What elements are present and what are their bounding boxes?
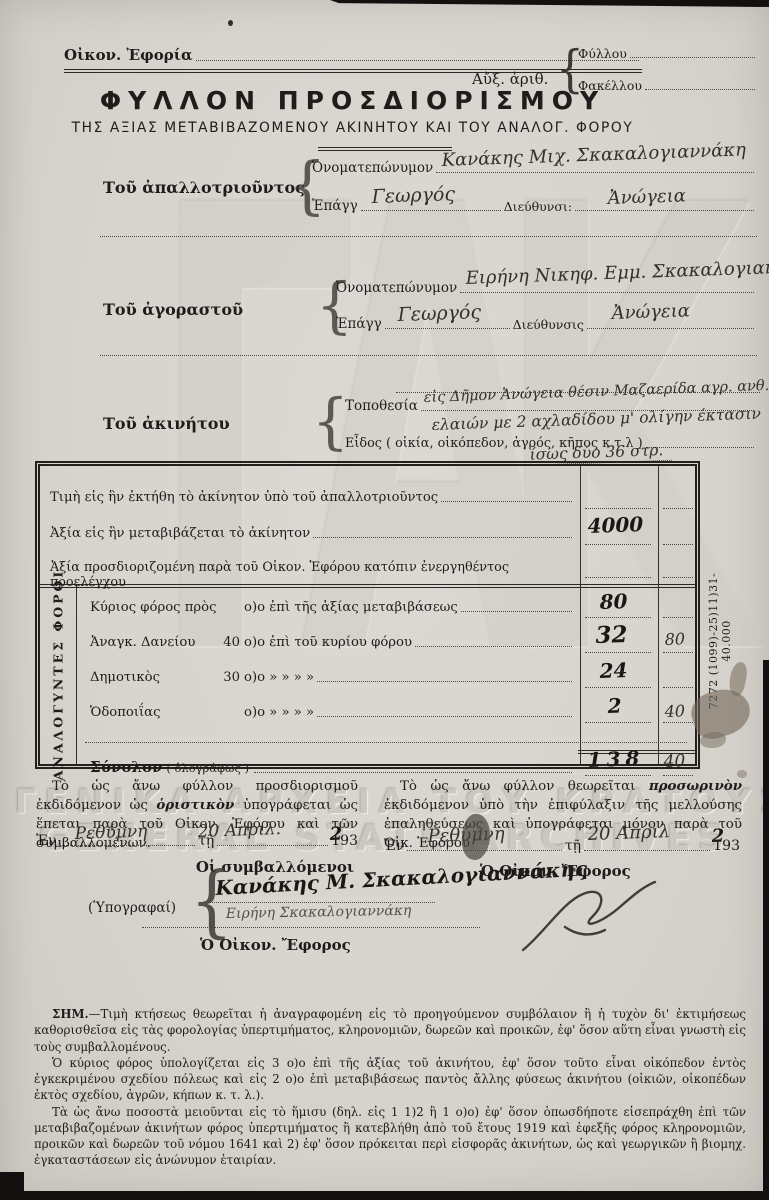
tax-row-3-cents-line [663,687,693,688]
sheet-fill-line [630,56,755,58]
valuation-row-1-label: Τιμὴ εἰς ἣν ἐκτήθη τὸ ἀκίνητον ὑπὸ τοῦ ἀ… [50,490,438,505]
buyer-occupation-fill [385,327,510,329]
tax-row-4-suffix: ο)ο » » » » [244,705,314,720]
form-subtitle: ΤΗΣ ΑΞΙΑΣ ΜΕΤΑΒΙΒΑΖΟΜΕΝΟΥ ΑΚΙΝΗΤΟΥ ΚΑΙ Τ… [50,120,655,136]
scanned-form-page: ΓΑΚ ΓΕΝΙΚΑ ΑΡΧΕΙΑ ΤΟΥ ΚΡΑΤΟΥΣ GENERAL ST… [0,0,769,1200]
tax-row-2-value-line [585,652,651,653]
buyer-occupation-handwriting: Γεωργός [397,301,481,326]
form-title: ΦΥΛΛΟΝ ΠΡΟΣΔΙΟΡΙΣΜΟΥ [50,86,655,115]
right-date-handwriting: 20 Απριλ [587,821,670,845]
property-brace: { [312,391,349,452]
footnote-1: ΣΗΜ.—Τιμὴ κτήσεως θεωρεῖται ἡ ἀναγραφομέ… [34,1006,746,1055]
total-value-line [585,775,651,776]
right-year-digit-handwriting: 2 [711,826,724,847]
total-label-paren: ( ὁλογράφως ) [162,761,251,776]
left-year-digit-handwriting: 2 [329,824,342,845]
tax-row-3-fill [317,680,572,682]
left-place-fill [59,844,195,846]
tax-row-3-suffix: ο)ο » » » » [244,670,314,685]
total-cents: 40 [663,751,685,772]
total-value: 138 [587,746,645,772]
print-code: 7272 (1099)-25)11)31-40.000 [707,561,733,721]
buyer-section-label: Τοῦ ἀγοραστοῦ [103,300,243,319]
seller-address-handwriting: Ἀνώγεια [607,185,686,209]
tax-row-4-label: Ὁδοποιΐας [90,705,218,720]
total-label: Σύνολον [90,758,162,776]
seller-name-label: Ὀνοματεπώνυμον [312,160,433,176]
tax-row-1-cents-line [663,617,693,618]
party-signature-2: Ειρήνη Σκακαλογιαννάκη [226,903,412,922]
valuation-table: Τιμὴ εἰς ἣν ἐκτήθη τὸ ἀκίνητον ὑπὸ τοῦ ἀ… [35,461,700,769]
seller-name-fill [436,171,754,173]
buyer-address-handwriting: Ἀνώγεια [611,300,690,324]
tax-row-4-fill [317,715,572,717]
title-rule [318,147,452,151]
closing-right-pre: Τὸ ὡς ἄνω φύλλον θεωρεῖται [400,779,649,794]
valuation-row-2: Ἀξία εἰς ἣν μεταβιβάζεται τὸ ἀκίνητον [50,526,575,541]
footnote-2-text: Ὁ κύριος φόρος ὑπολογίζεται εἰς 3 ο)ο ἐπ… [34,1056,746,1103]
ephor-label-left: Ὁ Οἰκον. Ἔφορος [200,936,351,954]
seller-occupation-label: Ἐπάγγ [312,198,358,214]
tax-row-4-cents: 40 [664,701,685,721]
tax-row-2-rate: 40 [218,635,244,650]
buyer-address-label: Διεύθυνσις [513,317,584,332]
valuation-row-2-cents-line [663,544,693,545]
taxes-side-label: ΑΝΑΛΟΓΥΝΤΕΣ ΦΟΡΟΙ [51,568,66,780]
ephor-signature [505,872,675,967]
tax-row-4-value-line [585,722,651,723]
side-label-column-line [76,584,77,764]
tax-row-1-label: Κύριος φόρος πρὸς [90,600,218,615]
left-date-handwriting: 20 Απριλ. [197,819,281,842]
tax-row-4-cents-line [663,722,693,723]
amount-column-line [580,466,581,764]
left-en-label: Ἐν [36,833,56,849]
folder-fill-line [645,88,755,90]
valuation-row-1-fill [441,500,572,502]
buyer-occupation-label: Ἐπάγγ [336,316,382,332]
buyer-name-label: Ὀνοματεπώνυμον [336,280,457,296]
valuation-row-1-cents-line [663,508,693,509]
valuation-row-1-value-line [585,508,651,509]
total-fill [254,771,572,773]
tax-row-4: Ὁδοποιΐας ο)ο » » » » [90,705,575,720]
valuation-row-2-value-line [585,544,651,545]
property-section-label: Τοῦ ἀκινήτου [103,414,230,433]
section-separator-2 [100,355,757,356]
seller-section-label: Τοῦ ἀπαλλοτριοῦντος [103,178,305,197]
tax-row-2-cents-line [663,652,693,653]
buyer-address-fill [587,327,754,329]
total-row: Σύνολον ( ὁλογράφως ) [90,758,575,776]
left-date-fill [217,844,328,846]
buyer-name-fill [460,291,754,293]
closing-right-bold: προσωρινὸν [649,778,742,794]
tax-row-1-value: 80 [599,589,628,614]
sheet-label: Φύλλου [578,46,627,61]
seller-occupation-handwriting: Γεωργός [371,183,455,208]
tax-row-1-suffix: ο)ο ἐπὶ τῆς ἀξίας μεταβιβάσεως [244,600,458,615]
seller-address-fill [575,209,754,211]
closing-left-bold: ὁριστικὸν [156,797,243,813]
property-location-label: Τοποθεσία [345,398,418,414]
valuation-row-2-fill [313,536,572,538]
footnote-2: Ὁ κύριος φόρος ὑπολογίζεται εἰς 3 ο)ο ἐπ… [34,1055,746,1104]
signature-line-2 [142,927,480,928]
office-label: Οἰκον. Ἐφορία [64,46,193,64]
right-place-fill [407,849,561,851]
tax-row-4-value: 2 [607,694,622,718]
tax-row-2-label: Ἀναγκ. Δανείου [90,635,218,650]
valuation-row-3-value-line [585,577,651,578]
right-place-handwriting: Ρεθύμνη [427,823,505,847]
footnotes: ΣΗΜ.—Τιμὴ κτήσεως θεωρεῖται ἡ ἀναγραφομέ… [34,1006,746,1169]
right-date-fill [584,849,710,851]
valuation-row-3-cents-line [663,577,693,578]
tax-row-2-cents: 80 [664,629,685,649]
tax-row-1: Κύριος φόρος πρὸς ο)ο ἐπὶ τῆς ἀξίας μετα… [90,600,575,615]
tax-row-3-value-line [585,687,651,688]
footnote-3-text: Τὰ ὡς ἄνω ποσοστὰ μειοῦνται εἰς τὸ ἥμισυ… [34,1105,746,1168]
footnote-3: Τὰ ὡς ἄνω ποσοστὰ μειοῦνται εἰς τὸ ἥμισυ… [34,1104,746,1169]
empty-dotted-row [85,742,687,743]
tax-row-1-value-line [585,617,651,618]
aux-sheet-line: Φύλλου [578,46,758,61]
valuation-row-3: Ἀξία προσδιοριζομένη παρὰ τοῦ Οἰκον. Ἐφό… [50,560,575,590]
content-layer: Οἰκον. Ἐφορία Αὔξ. ἀριθ. { Φύλλου Φακέλλ… [0,0,769,1200]
footnote-1-text: —Τιμὴ κτήσεως θεωρεῖται ἡ ἀναγραφομένη ε… [34,1007,746,1054]
seller-occupation-fill [361,209,501,211]
section-separator-1 [100,236,757,237]
tax-row-1-fill [461,610,572,612]
tax-row-2-fill [415,645,572,647]
tax-row-2-suffix: ο)ο ἐπὶ τοῦ κυρίου φόρου [244,635,412,650]
ypografai-label: (Ὑπογραφαί) [88,900,176,916]
valuation-row-1: Τιμὴ εἰς ἣν ἐκτήθη τὸ ἀκίνητον ὑπὸ τοῦ ἀ… [50,490,575,505]
tax-row-2: Ἀναγκ. Δανείου 40 ο)ο ἐπὶ τοῦ κυρίου φόρ… [90,635,575,650]
tax-row-3: Δημοτικὸς 30 ο)ο » » » » [90,670,575,685]
right-ti-label: τῇ [565,838,581,854]
total-cents-line [663,775,693,776]
seller-address-label: Διεύθυνσι: [504,199,572,214]
tax-row-2-value: 32 [595,621,628,649]
valuation-row-2-label: Ἀξία εἰς ἣν μεταβιβάζεται τὸ ἀκίνητον [50,526,310,541]
side-label-cell: ΑΝΑΛΟΓΥΝΤΕΣ ΦΟΡΟΙ [40,584,76,764]
footnote-lead: ΣΗΜ. [52,1007,89,1021]
tax-row-3-label: Δημοτικὸς [90,670,218,685]
cents-column-line [658,466,659,764]
right-en-label: Ἐν [384,838,404,854]
valuation-row-2-value-handwriting: 4000 [587,512,643,538]
tax-row-3-rate: 30 [218,670,244,685]
valuation-row-3-label: Ἀξία προσδιοριζομένη παρὰ τοῦ Οἰκον. Ἐφό… [50,560,569,590]
tax-row-3-value: 24 [599,658,628,683]
left-place-handwriting: Ρεθύμνη [74,821,147,844]
